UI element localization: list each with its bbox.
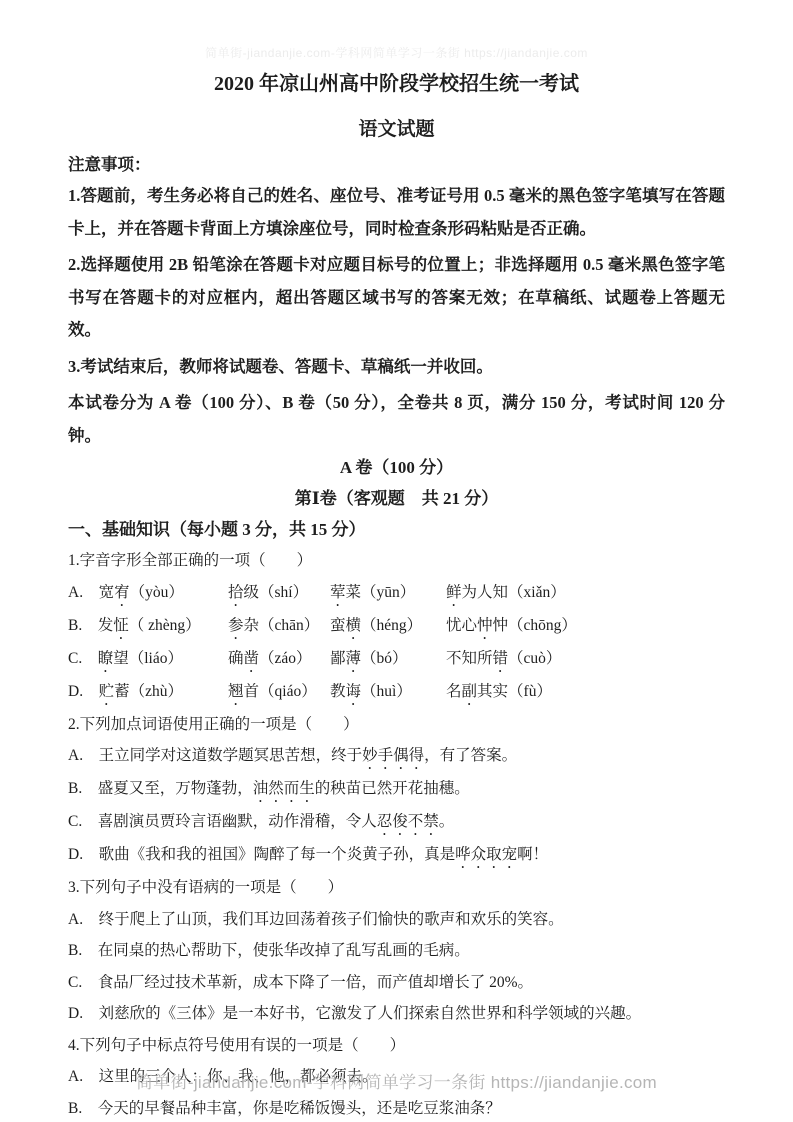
question-2-stem: 2.下列加点词语使用正确的一项是（ ） [68, 709, 725, 741]
question-3: 3.下列句子中没有语病的一项是（ ） A. 终于爬上了山顶，我们耳边回荡着孩子们… [68, 872, 725, 1030]
notice-item-3: 3.考试结束后，教师将试题卷、答题卡、草稿纸一并收回。 [68, 351, 725, 384]
exam-subject-title: 语文试题 [0, 97, 793, 142]
question-1: 1.字音字形全部正确的一项（ ） A. 宽宥（yòu）拾级（shí）荤菜（yūn… [68, 545, 725, 709]
part-1-heading: 第Ⅰ卷（客观题 共 21 分） [68, 483, 725, 514]
question-2-option-a: A. 王立同学对这道数学题冥思苦想，终于妙手偶得，有了答案。 [68, 740, 725, 773]
footer-watermark: 简单街-jiandanjie.com-学科网简单学习一条街 https://ji… [0, 1068, 793, 1093]
question-3-option-b: B. 在同桌的热心帮助下，使张华改掉了乱写乱画的毛病。 [68, 935, 725, 967]
question-3-stem: 3.下列句子中没有语病的一项是（ ） [68, 872, 725, 904]
question-1-option-a: A. 宽宥（yòu）拾级（shí）荤菜（yūn）鲜为人知（xiǎn） [68, 577, 725, 610]
question-3-option-c: C. 食品厂经过技术革新，成本下降了一倍，而产值却增长了 20%。 [68, 967, 725, 999]
question-1-option-b: B. 发怔（ zhèng）参杂（chān）蛮横（héng）忧心忡忡（chōng） [68, 610, 725, 643]
question-4-option-b: B. 今天的早餐品种丰富，你是吃稀饭馒头，还是吃豆浆油条？ [68, 1093, 725, 1122]
notice-item-1: 1.答题前，考生务必将自己的姓名、座位号、准考证号用 0.5 毫米的黑色签字笔填… [68, 180, 725, 245]
volume-a-heading: A 卷（100 分） [68, 452, 725, 483]
section-1-heading: 一、基础知识（每小题 3 分，共 15 分） [68, 514, 725, 545]
question-1-stem: 1.字音字形全部正确的一项（ ） [68, 545, 725, 577]
question-4-stem: 4.下列句子中标点符号使用有误的一项是（ ） [68, 1030, 725, 1062]
question-1-option-d: D. 贮蓄（zhù）翘首（qiáo）教诲（huì）名副其实（fù） [68, 676, 725, 709]
top-watermark: 简单街-jiandanjie.com-学科网简单学习一条街 https://ji… [0, 44, 793, 61]
notice-heading: 注意事项： [68, 154, 725, 176]
question-1-option-c: C. 瞭望（liáo）确凿（záo）鄙薄（bó）不知所错（cuò） [68, 643, 725, 676]
question-2-option-c: C. 喜剧演员贾玲言语幽默，动作滑稽，令人忍俊不禁。 [68, 806, 725, 839]
exam-paper-page: 简单街-jiandanjie.com-学科网简单学习一条街 https://ji… [0, 0, 793, 1122]
notice-item-2: 2.选择题使用 2B 铅笔涂在答题卡对应题目标号的位置上；非选择题用 0.5 毫… [68, 249, 725, 347]
question-2-option-d: D. 歌曲《我和我的祖国》陶醉了每一个炎黄子孙，真是哗众取宠啊！ [68, 839, 725, 872]
question-3-option-d: D. 刘慈欣的《三体》是一本好书，它激发了人们探索自然世界和科学领域的兴趣。 [68, 998, 725, 1030]
paper-structure-note: 本试卷分为 A 卷（100 分）、B 卷（50 分），全卷共 8 页，满分 15… [68, 387, 725, 452]
document-body: 注意事项： 1.答题前，考生务必将自己的姓名、座位号、准考证号用 0.5 毫米的… [0, 154, 793, 1122]
question-2: 2.下列加点词语使用正确的一项是（ ） A. 王立同学对这道数学题冥思苦想，终于… [68, 709, 725, 873]
question-2-option-b: B. 盛夏又至，万物蓬勃，油然而生的秧苗已然开花抽穗。 [68, 773, 725, 806]
question-3-option-a: A. 终于爬上了山顶，我们耳边回荡着孩子们愉快的歌声和欢乐的笑容。 [68, 904, 725, 936]
